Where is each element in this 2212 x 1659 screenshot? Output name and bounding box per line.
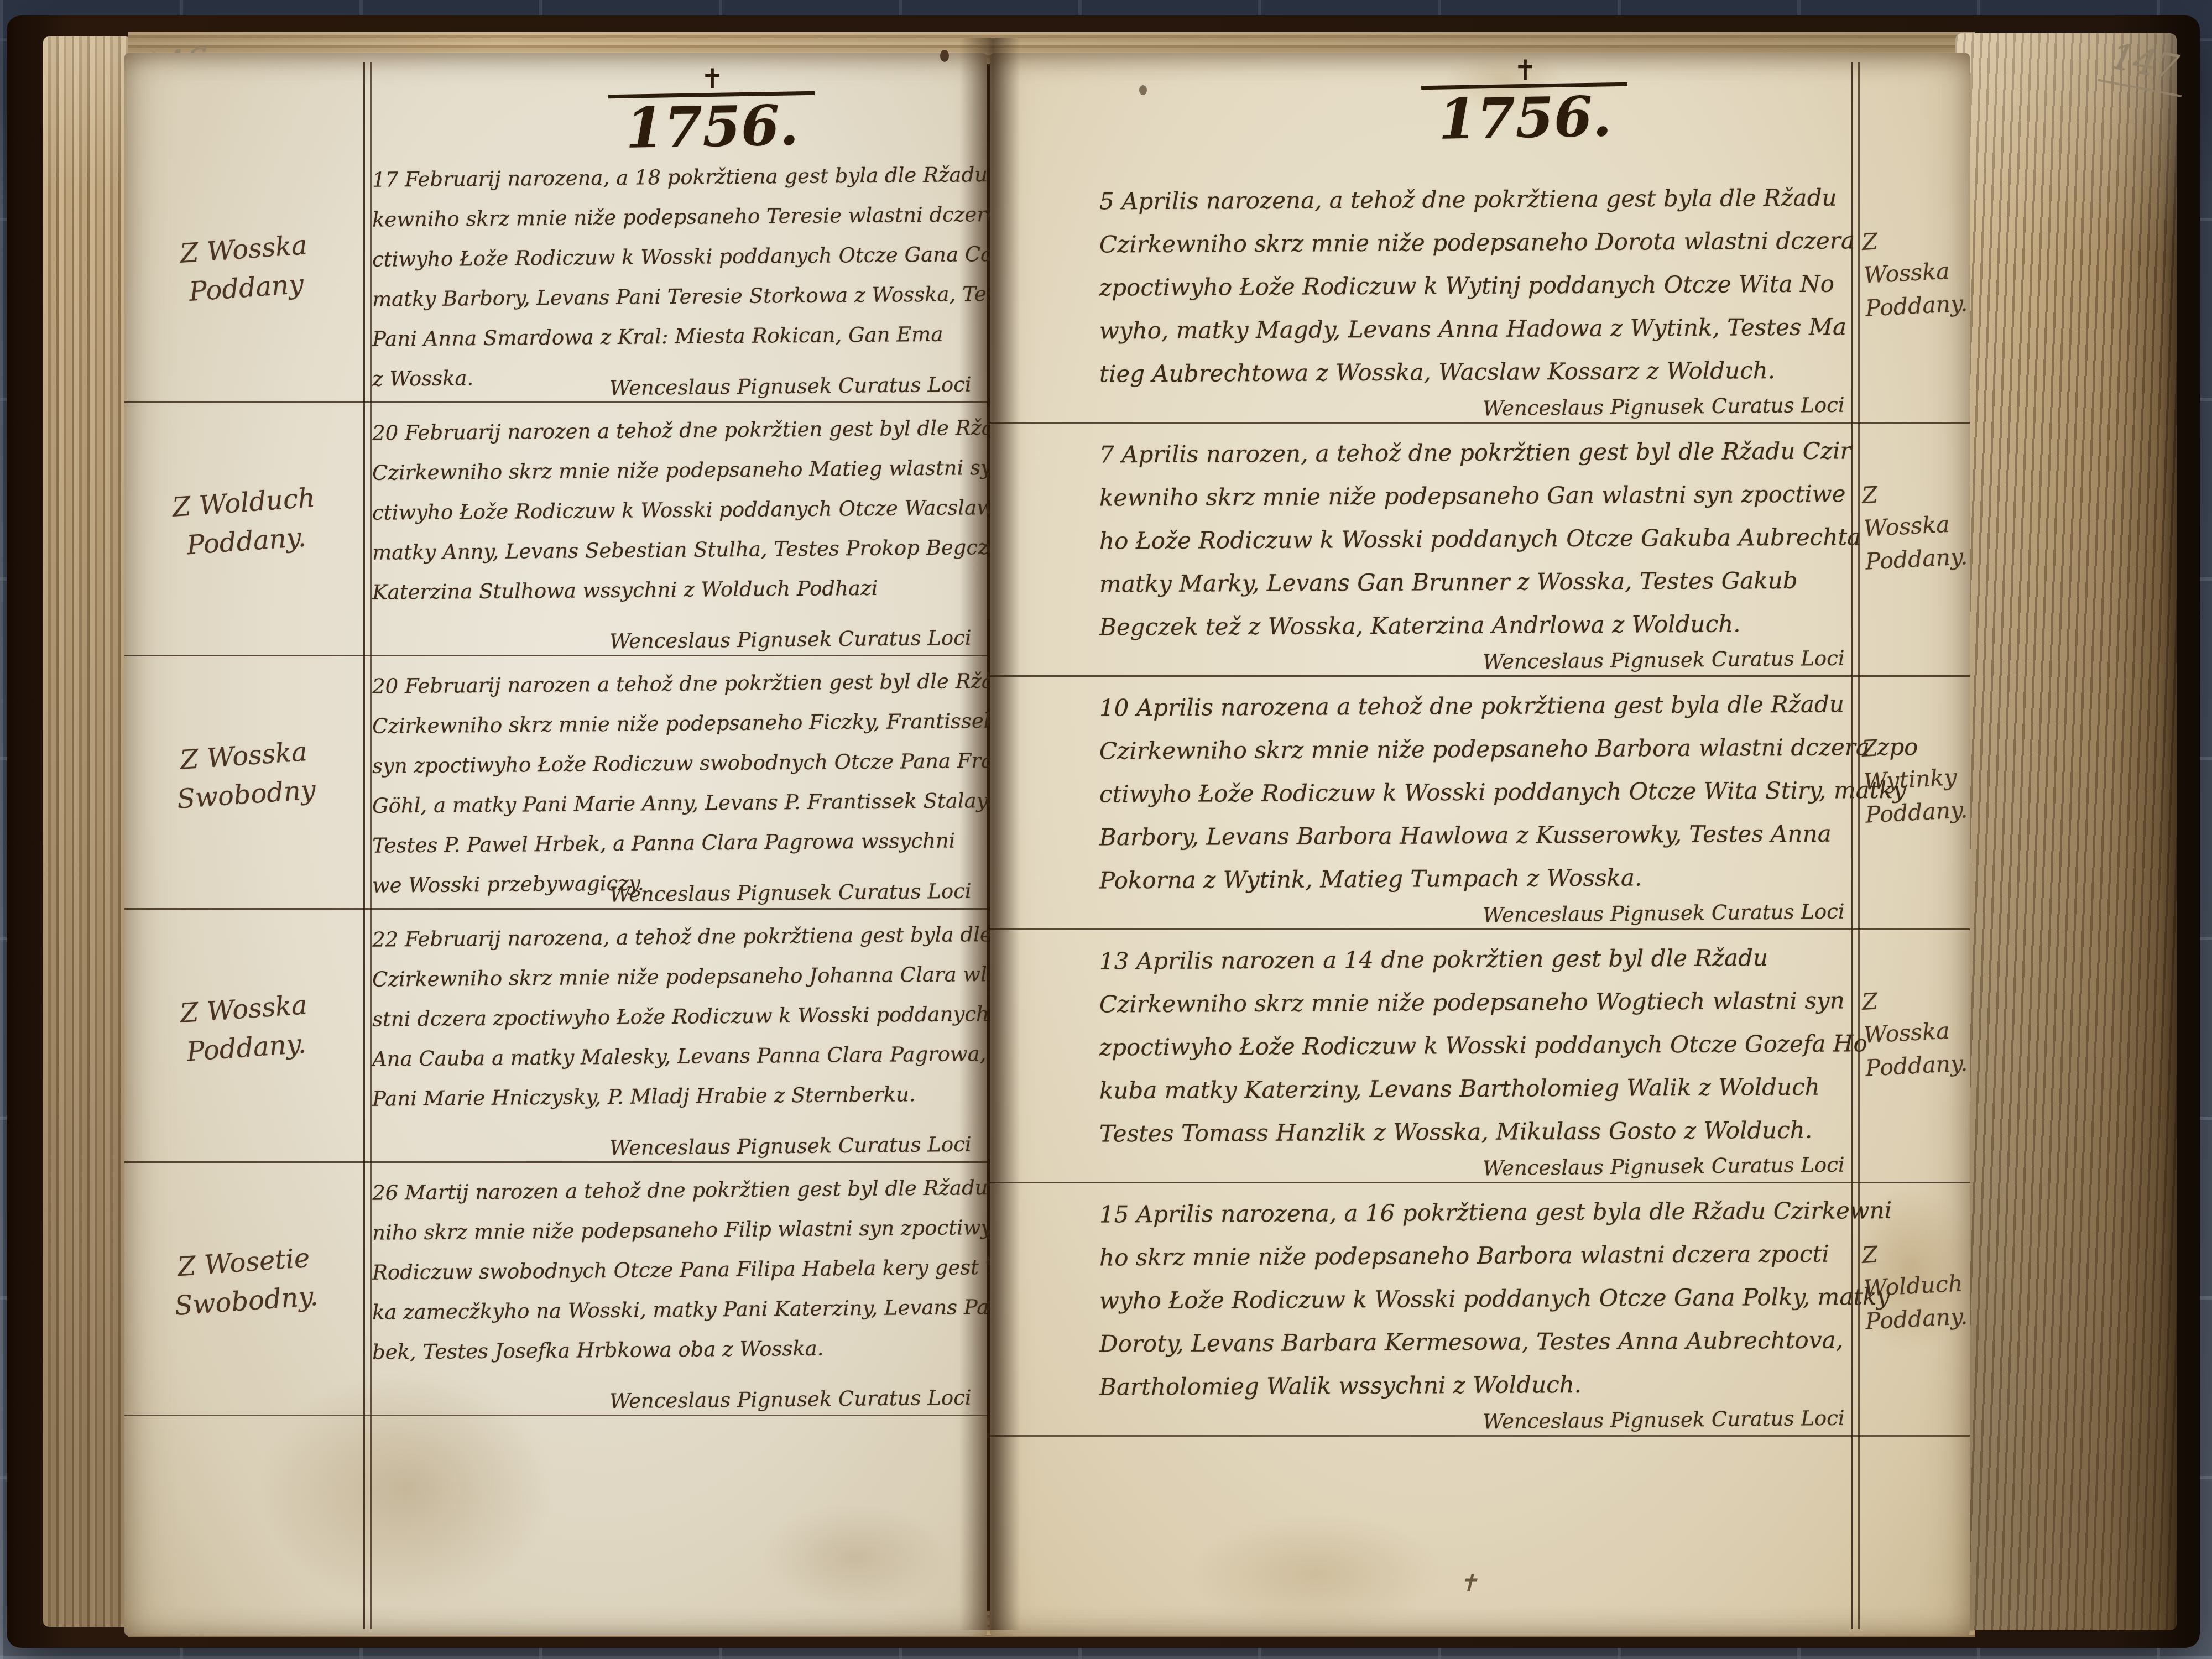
handwritten-line: ctiwyho Łože Rodiczuw k Wosski poddanych…	[1099, 769, 1846, 816]
handwritten-line: Doroty, Levans Barbara Kermesowa, Testes…	[1099, 1318, 1846, 1365]
handwritten-line: 13 Aprilis narozen a 14 dne pokržtien ge…	[1099, 936, 1846, 983]
handwritten-line: zpoctiwyho Łože Rodiczuw k Wosski poddan…	[1099, 1022, 1846, 1069]
page-stack-edge-left	[43, 36, 132, 1627]
bottom-cross-mark: ✝	[1459, 1569, 1478, 1597]
ink-speck	[1139, 85, 1147, 95]
entry-text: 5 Aprilis narozena, a tehož dne pokržtie…	[1099, 178, 1846, 394]
page-stack-fore-edge	[1955, 33, 2177, 1630]
handwritten-line: tieg Aubrechtowa z Wosska, Wacslaw Kossa…	[1099, 348, 1846, 395]
handwritten-line: matky Marky, Levans Gan Brunner z Wosska…	[1099, 559, 1846, 606]
year-heading-right: ✝ 1756.	[1404, 56, 1647, 147]
margin-note: Z WosskaPoddany.	[1861, 220, 1968, 325]
handwritten-line: Pokorna z Wytink, Matieg Tumpach z Wossk…	[1099, 855, 1846, 902]
margin-note: Z WosskaPoddany.	[132, 982, 358, 1075]
handwritten-line: kewniho skrz mnie niže podepsaneho Teres…	[372, 195, 975, 240]
handwritten-line: 10 Aprilis narozena a tehož dne pokržtie…	[1099, 682, 1846, 729]
margin-note: Z WosskaSwobodny	[132, 729, 358, 822]
entry-text: 17 Februarij narozena, a 18 pokržtiena g…	[372, 158, 975, 397]
curate-signature: Wenceslaus Pignusek Curatus Loci	[609, 373, 972, 400]
entry-text: 15 Aprilis narozena, a 16 pokržtiena ges…	[1099, 1191, 1846, 1407]
handwritten-line: kewniho skrz mnie niže podepsaneho Gan w…	[1099, 472, 1846, 519]
register-entry: Z WolduchPoddany.20 Februarij narozen a …	[124, 403, 987, 656]
handwritten-line: Barbory, Levans Barbora Hawlowa z Kusser…	[1099, 812, 1846, 859]
cross-icon: ✝	[1404, 56, 1647, 84]
handwritten-line: kuba matky Katerziny, Levans Bartholomie…	[1099, 1065, 1846, 1112]
year-text: 1756.	[1421, 82, 1629, 148]
photo-of-parish-register: { "palette": { "table_tile": "#4d5768", …	[0, 0, 2212, 1659]
entry-text: 10 Aprilis narozena a tehož dne pokržtie…	[1099, 685, 1846, 900]
open-register-book: 146 147 ✝ 1756. Z WosskaPoddany17 Februa…	[7, 15, 2200, 1648]
curate-signature: Wenceslaus Pignusek Curatus Loci	[1483, 393, 1845, 421]
handwritten-line: ka zamecžkyho na Wosski, matky Pani Kate…	[372, 1287, 975, 1333]
curate-signature: Wenceslaus Pignusek Curatus Loci	[609, 1386, 972, 1413]
handwritten-line: 7 Aprilis narozen, a tehož dne pokržtien…	[1099, 429, 1846, 476]
entry-text: 7 Aprilis narozen, a tehož dne pokržtien…	[1099, 431, 1846, 647]
ink-speck	[940, 50, 949, 62]
year-text: 1756.	[608, 91, 816, 157]
handwritten-line: 20 Februarij narozen a tehož dne pokržti…	[372, 408, 975, 453]
margin-note-line: Z Wosska	[1861, 220, 1966, 292]
handwritten-line: 5 Aprilis narozena, a tehož dne pokržtie…	[1099, 176, 1846, 223]
handwritten-line: Czirkewniho skrz mnie niže podepsaneho D…	[1099, 219, 1846, 266]
entry-text: 20 Februarij narozen a tehož dne pokržti…	[372, 411, 975, 610]
register-entry: Z WytinkyPoddany.10 Aprilis narozena a t…	[990, 677, 1970, 930]
handwritten-line: 26 Martij narozen a tehož dne pokržtien …	[372, 1168, 975, 1213]
handwritten-line: matky Anny, Levans Sebestian Stulha, Tes…	[372, 528, 975, 573]
page-stain	[1189, 1513, 1443, 1635]
entry-text: 20 Februarij narozen a tehož dne pokržti…	[372, 664, 975, 903]
register-entry: Z WosskaSwobodny20 Februarij narozen a t…	[124, 656, 987, 910]
year-heading-left: ✝ 1756.	[591, 65, 834, 155]
handwritten-line: wyho Łože Rodiczuw k Wosski poddanych Ot…	[1099, 1275, 1846, 1322]
margin-note: Z WosskaPoddany	[132, 222, 358, 315]
handwritten-line: 17 Februarij narozena, a 18 pokržtiena g…	[372, 155, 975, 200]
register-entry: Z WosskaPoddany.7 Aprilis narozen, a teh…	[990, 424, 1970, 677]
margin-note-line: Poddany.	[1865, 286, 1969, 325]
handwritten-line: ctiwyho Łože Rodiczuw k Wosski poddanych…	[372, 234, 975, 280]
handwritten-line: stni dczera zpoctiwyho Łože Rodiczuw k W…	[372, 994, 975, 1040]
handwritten-line: Czirkewniho skrz mnie niže podepsaneho F…	[372, 701, 975, 747]
handwritten-line: bek, Testes Josefka Hrbkowa oba z Wosska…	[372, 1327, 975, 1373]
register-entry: Z WosskaPoddany.22 Februarij narozena, a…	[124, 910, 987, 1163]
handwritten-line: Rodiczuw swobodnych Otcze Pana Filipa Ha…	[372, 1248, 975, 1293]
margin-note-line: Z Wosska	[1861, 980, 1966, 1052]
handwritten-line: niho skrz mnie niže podepsaneho Filip wl…	[372, 1208, 975, 1253]
handwritten-line: Bartholomieg Walik wssychni z Wolduch.	[1099, 1361, 1846, 1408]
handwritten-line: Begczek tež z Wosska, Katerzina Andrlowa…	[1099, 602, 1846, 649]
handwritten-line: Katerzina Stulhowa wssychni z Wolduch Po…	[372, 567, 975, 613]
handwritten-line: ho skrz mnie niže podepsaneho Barbora wl…	[1099, 1232, 1846, 1279]
handwritten-line: 15 Aprilis narozena, a 16 pokržtiena ges…	[1099, 1189, 1846, 1236]
entries-column: Z WosskaPoddany.5 Aprilis narozena, a te…	[990, 170, 1970, 1437]
curate-signature: Wenceslaus Pignusek Curatus Loci	[1483, 1406, 1845, 1434]
entry-text: 13 Aprilis narozen a 14 dne pokržtien ge…	[1099, 938, 1846, 1154]
curate-signature: Wenceslaus Pignusek Curatus Loci	[609, 879, 972, 907]
handwritten-line: Pani Marie Hniczysky, P. Mladj Hrabie z …	[372, 1074, 975, 1119]
margin-note-line: Z Wosska	[1861, 473, 1966, 545]
register-entry: Z WosskaPoddany.13 Aprilis narozen a 14 …	[990, 930, 1970, 1183]
entry-text: 26 Martij narozen a tehož dne pokržtien …	[372, 1171, 975, 1370]
curate-signature: Wenceslaus Pignusek Curatus Loci	[1483, 646, 1845, 674]
handwritten-line: Ana Cauba a matky Malesky, Levans Panna …	[372, 1034, 975, 1079]
handwritten-line: Czirkewniho skrz mnie niže podepsaneho M…	[372, 448, 975, 493]
register-entry: Z WolduchPoddany.15 Aprilis narozena, a …	[990, 1183, 1970, 1437]
margin-note: Z WolduchPoddany.	[132, 476, 358, 568]
handwritten-line: Czirkewniho skrz mnie niže podepsaneho B…	[1099, 726, 1846, 773]
handwritten-line: 20 Februarij narozen a tehož dne pokržti…	[372, 661, 975, 707]
margin-note-line: Poddany.	[1865, 1046, 1969, 1085]
handwritten-line: Czirkewniho skrz mnie niže podepsaneho J…	[372, 954, 975, 1000]
page-stain	[760, 1502, 948, 1613]
handwritten-line: Testes Tomass Hanzlik z Wosska, Mikulass…	[1099, 1108, 1846, 1155]
register-entry: Z WosskaPoddany.5 Aprilis narozena, a te…	[990, 170, 1970, 424]
handwritten-line: Testes P. Pawel Hrbek, a Panna Clara Pag…	[372, 821, 975, 866]
curate-signature: Wenceslaus Pignusek Curatus Loci	[609, 626, 972, 654]
handwritten-line: matky Barbory, Levans Pani Teresie Stork…	[372, 274, 975, 320]
register-entry: Z WosetieSwobodny.26 Martij narozen a te…	[124, 1163, 987, 1416]
handwritten-line: Pani Anna Smardowa z Kral: Miesta Rokica…	[372, 314, 975, 359]
handwritten-line: wyho, matky Magdy, Levans Anna Hadowa z …	[1099, 305, 1846, 352]
curate-signature: Wenceslaus Pignusek Curatus Loci	[609, 1133, 972, 1160]
curate-signature: Wenceslaus Pignusek Curatus Loci	[1483, 900, 1845, 927]
register-page-left: ✝ 1756. Z WosskaPoddany17 Februarij naro…	[124, 53, 987, 1636]
handwritten-line: zpoctiwyho Łože Rodiczuw k Wytinj poddan…	[1099, 262, 1846, 309]
margin-note-line: Poddany.	[1865, 540, 1969, 578]
handwritten-line: Göhl, a matky Pani Marie Anny, Levans P.…	[372, 781, 975, 826]
entries-column: Z WosskaPoddany17 Februarij narozena, a …	[124, 150, 987, 1416]
register-entry: Z WosskaPoddany17 Februarij narozena, a …	[124, 150, 987, 403]
handwritten-line: 22 Februarij narozena, a tehož dne pokrž…	[372, 915, 975, 960]
handwritten-line: syn zpoctiwyho Łože Rodiczuw swobodnych …	[372, 741, 975, 786]
margin-note: Z WosetieSwobodny.	[132, 1235, 358, 1328]
handwritten-line: Czirkewniho skrz mnie niže podepsaneho W…	[1099, 979, 1846, 1026]
handwritten-line: ctiwyho Łože Rodiczuw k Wosski poddanych…	[372, 488, 975, 533]
curate-signature: Wenceslaus Pignusek Curatus Loci	[1483, 1153, 1845, 1181]
handwritten-line: ho Łože Rodiczuw k Wosski poddanych Otcz…	[1099, 515, 1846, 562]
entry-text: 22 Februarij narozena, a tehož dne pokrž…	[372, 917, 975, 1117]
cross-icon: ✝	[591, 65, 834, 93]
margin-note: Z WosskaPoddany.	[1861, 473, 1968, 578]
register-page-right: ✝ 1756. Z WosskaPoddany.5 Aprilis naroze…	[990, 53, 1970, 1636]
margin-note: Z WosskaPoddany.	[1861, 980, 1968, 1084]
